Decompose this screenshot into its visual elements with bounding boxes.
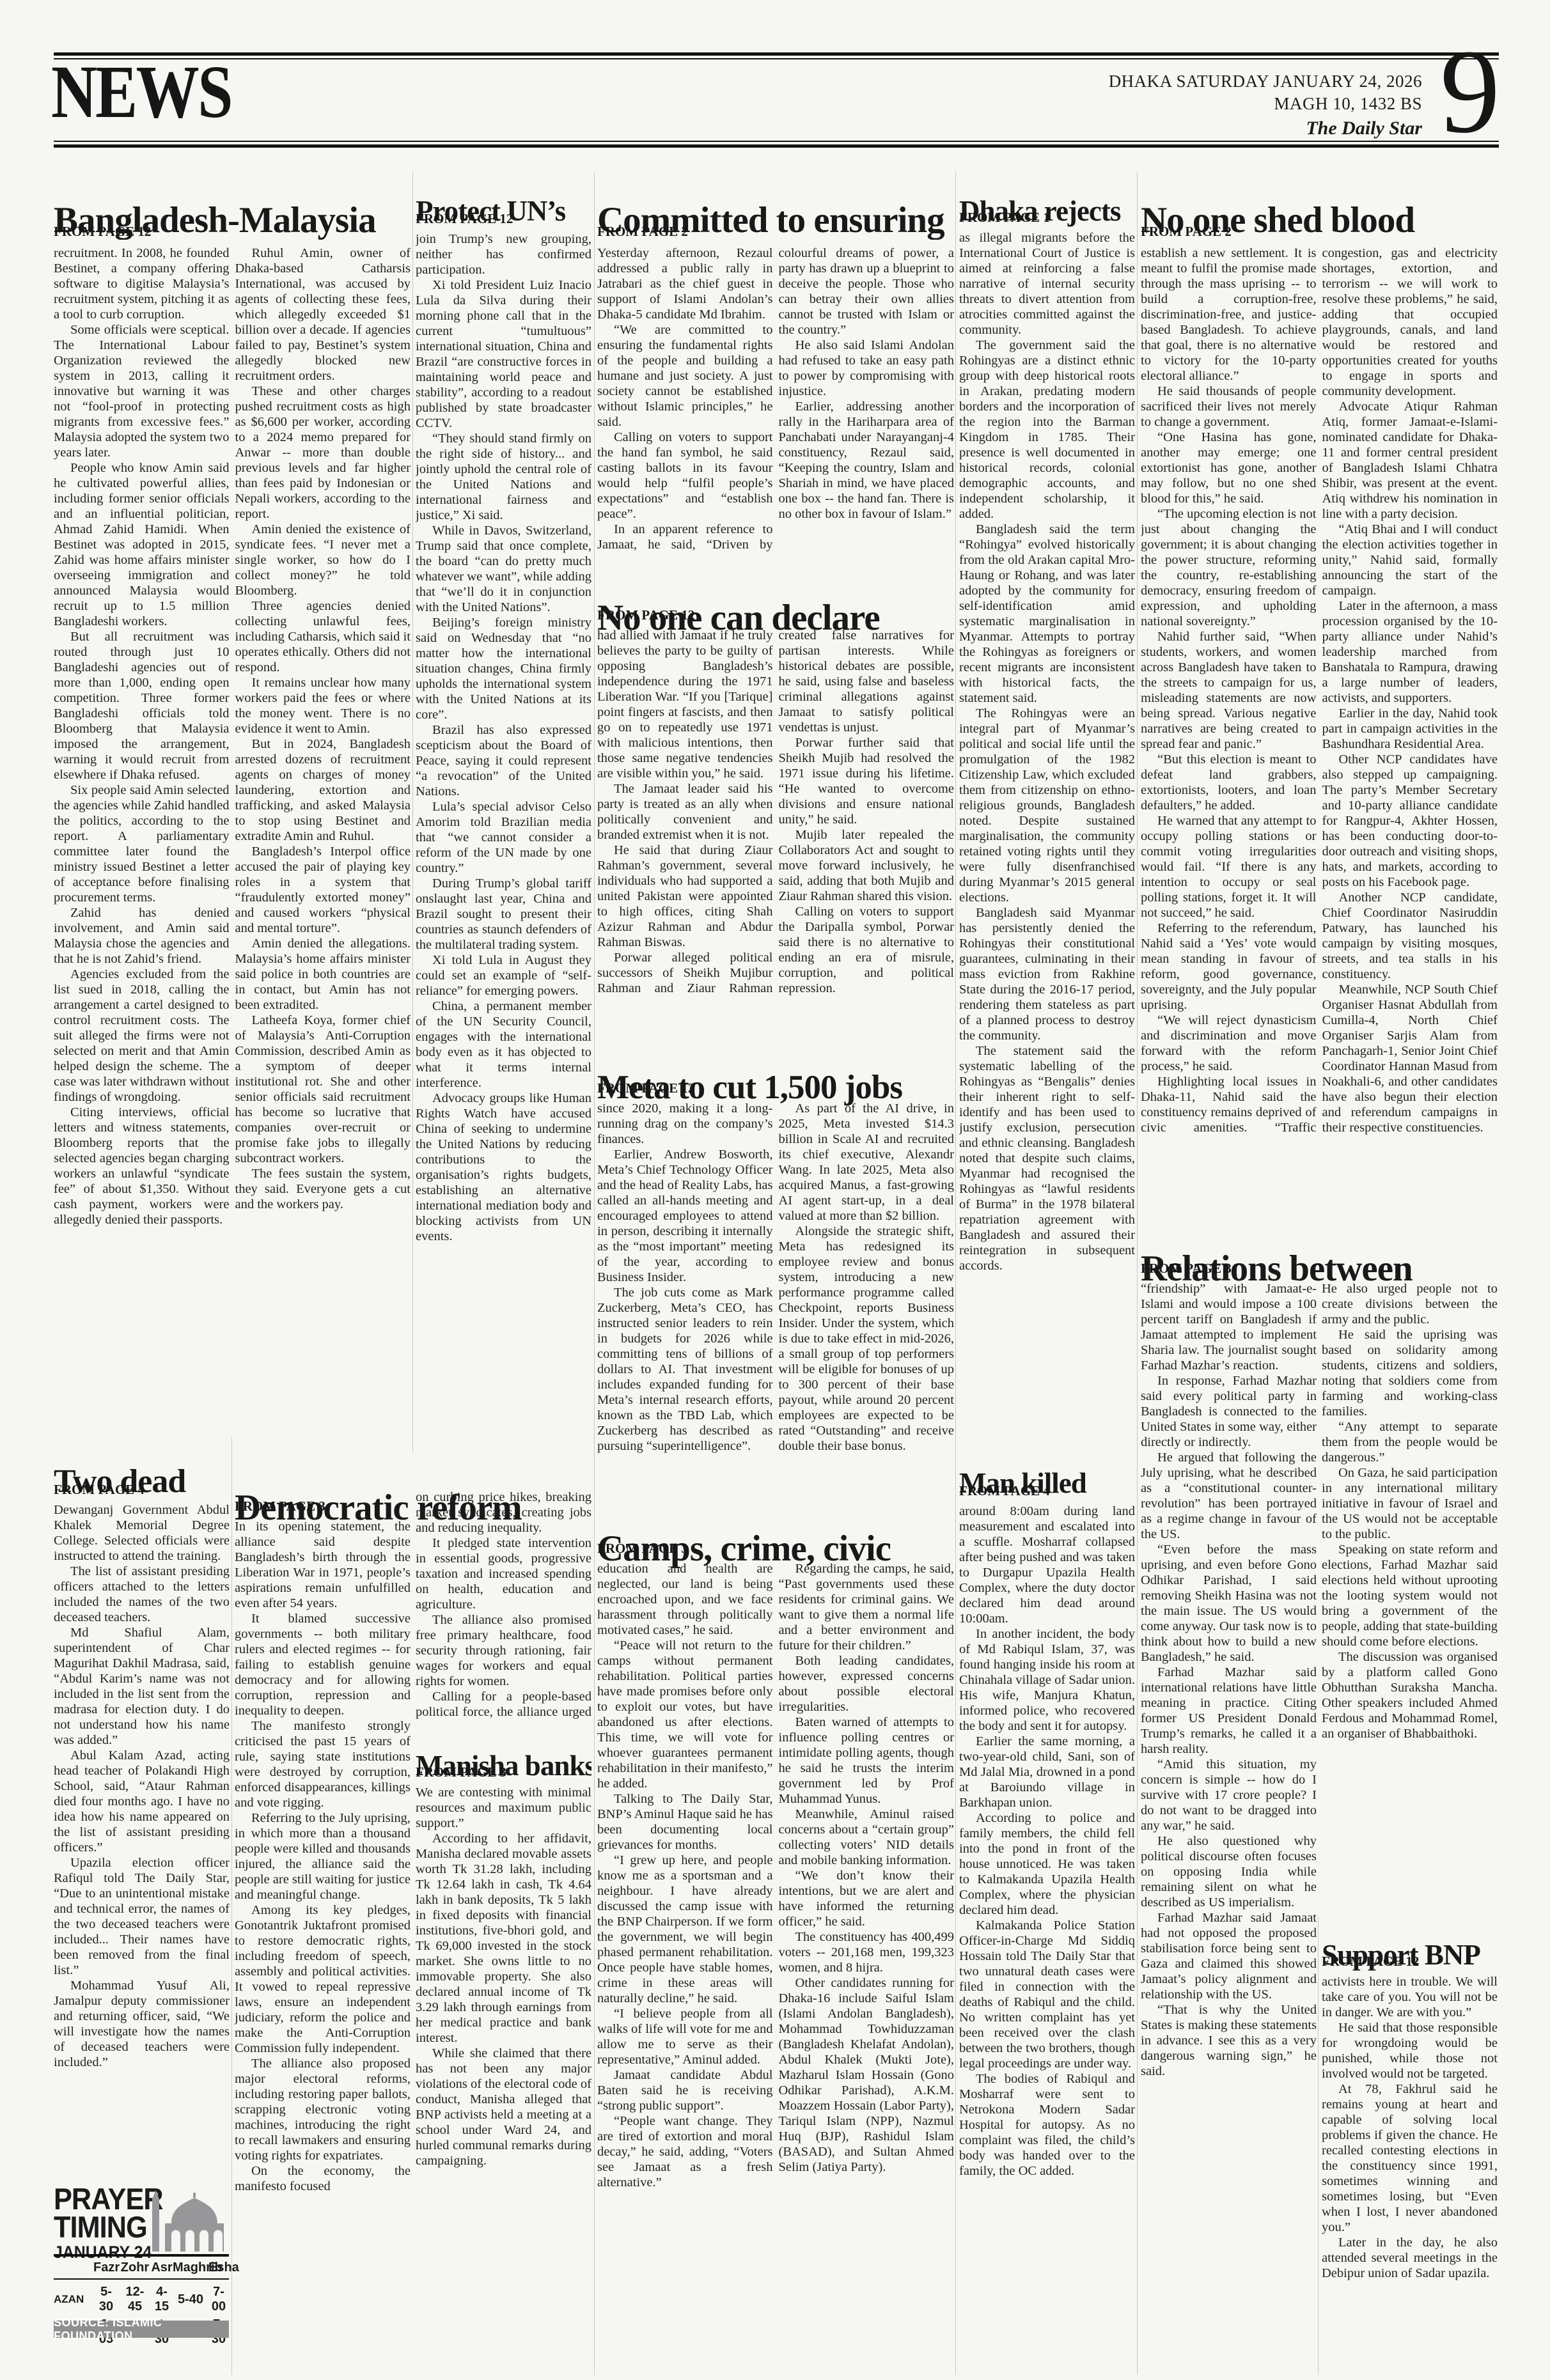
column-rule	[1318, 1917, 1319, 2375]
paragraph: education and health are neglected, our …	[597, 1561, 773, 1638]
paragraph: The government said the Rohingyas are a …	[959, 338, 1135, 522]
paragraph: Latheefa Koya, former chief of Malaysia’…	[235, 1013, 411, 1166]
prayer-col-asr: Asr	[151, 2260, 173, 2275]
azan-asr: 4-15	[151, 2285, 173, 2314]
prayer-col-esha: Esha	[208, 2260, 229, 2275]
continuation-line: FROM PAGE 4	[54, 1482, 145, 1498]
azan-fazr: 5-30	[93, 2285, 119, 2314]
article-body-man-killed: around 8:00am during land measurement an…	[959, 1504, 1135, 2375]
article-body-protect-uns: join Trump’s new grouping, neither has c…	[416, 231, 591, 1445]
paragraph: According to police and family members, …	[959, 1810, 1135, 1918]
paragraph: Beijing’s foreign ministry said on Wedne…	[416, 615, 591, 722]
article-body-committed: Yesterday afternoon, Rezaul addressed a …	[597, 245, 954, 564]
paragraph: During Trump’s global tariff onslaught l…	[416, 876, 591, 953]
paragraph: Ruhul Amin, owner of Dhaka-based Cathars…	[235, 245, 411, 384]
header-rule-thin-top	[54, 58, 1499, 59]
article-body-dhaka-rejects: as illegal migrants before the Internati…	[959, 230, 1135, 1440]
article-body-democratic-reform-right: on curbing price hikes, breaking market …	[416, 1489, 591, 1721]
paragraph: According to her affidavit, Manisha decl…	[416, 1831, 591, 2046]
paragraph: around 8:00am during land measurement an…	[959, 1504, 1135, 1626]
paragraph: Calling for a people-based political for…	[416, 1689, 591, 1721]
paragraph: Earlier, addressing another rally in the…	[779, 399, 955, 522]
paragraph: The job cuts come as Mark Zuckerberg, Me…	[597, 1285, 773, 1454]
paragraph: recruitment. In 2008, he founded Bestine…	[54, 245, 230, 322]
paragraph: Upazila election officer Rafiqul told Th…	[54, 1855, 230, 1978]
paragraph: At 78, Fakhrul said he remains young at …	[1322, 2081, 1498, 2235]
continuation-line: FROM PAGE 3	[416, 1764, 506, 1780]
paragraph: The alliance also proposed major elector…	[235, 2056, 411, 2163]
paragraph: Some officials were sceptical. The Inter…	[54, 322, 230, 460]
article-body-relations-between-right: He also urged people not to create divis…	[1322, 1281, 1498, 1913]
prayer-row-label-azan: AZAN	[54, 2293, 93, 2306]
azan-zohr: 12-45	[119, 2285, 151, 2314]
paragraph: Amin denied the allegations. Malaysia’s …	[235, 936, 411, 1013]
paragraph: While she claimed that there has not bee…	[416, 2046, 591, 2168]
paragraph: Other candidates running for Dhaka-16 in…	[779, 1975, 955, 2175]
paragraph: Baten warned of attempts to influence po…	[779, 1715, 955, 1807]
paragraph: “That is why the United States is making…	[1141, 2002, 1317, 2079]
paragraph: He warned that any attempt to occupy pol…	[1141, 813, 1317, 921]
paragraph: Calling on voters to support the Daripal…	[779, 904, 955, 996]
paragraph: The Jamaat leader said his party is trea…	[597, 781, 773, 843]
paragraph: In its opening statement, the alliance s…	[235, 1519, 411, 1611]
paragraph: “Any attempt to separate them from the p…	[1322, 1419, 1498, 1465]
paragraph: The alliance also promised free primary …	[416, 1612, 591, 1689]
paragraph: On the economy, the manifesto focused	[235, 2163, 411, 2194]
paragraph: Six people said Amin selected the agenci…	[54, 782, 230, 905]
paragraph: Xi told President Luiz Inacio Lula da Si…	[416, 277, 591, 431]
paragraph: Xi told Lula in August they could set an…	[416, 953, 591, 999]
prayer-col-maghrib: Maghrib	[173, 2260, 208, 2275]
paragraph: Agencies excluded from the list sued in …	[54, 967, 230, 1105]
paragraph: In another incident, the body of Md Rabi…	[959, 1626, 1135, 1734]
paragraph: Bangladesh said Myanmar has persistently…	[959, 905, 1135, 1043]
paragraph: “I believe people from all walks of life…	[597, 2006, 773, 2067]
paragraph: “I grew up here, and people know me as a…	[597, 1853, 773, 2006]
mosque-icon	[146, 2185, 228, 2252]
paragraph: Farhad Mazhar said international relatio…	[1141, 1665, 1317, 1757]
continuation-line: FROM PAGE 3	[235, 1498, 325, 1514]
paragraph: The bodies of Rabiqul and Mosharraf were…	[959, 2071, 1135, 2179]
paragraph: Meanwhile, NCP South Chief Organiser Has…	[1322, 982, 1498, 1135]
header-rule-thick-top	[54, 52, 1499, 56]
paragraph: establish a new settlement. It is meant …	[1141, 245, 1317, 384]
azan-esha: 7-00	[208, 2285, 229, 2314]
paragraph: Regarding the camps, he said, “Past gove…	[779, 1561, 955, 1653]
paragraph: Speaking on state reform and elections, …	[1322, 1542, 1498, 1649]
paragraph: He argued that following the July uprisi…	[1141, 1450, 1317, 1542]
paragraph: The discussion was organised by a platfo…	[1322, 1649, 1498, 1741]
continuation-line: FROM PAGE 12	[54, 224, 151, 240]
paragraph: Earlier in the day, Nahid took part in c…	[1322, 706, 1498, 752]
article-body-two-dead: Dewanganj Government Abdul Khalek Memori…	[54, 1502, 230, 2179]
paragraph: “Atiq Bhai and I will conduct the electi…	[1322, 522, 1498, 598]
paragraph: The Rohingyas were an integral part of M…	[959, 706, 1135, 905]
article-body-support-bnp: activists here in trouble. We will take …	[1322, 1974, 1498, 2375]
continuation-line: FROM PAGE 4	[959, 1483, 1050, 1499]
paragraph: “Peace will not return to the camps with…	[597, 1638, 773, 1791]
article-body-relations-between-left: “friendship” with Jamaat-e-Islami and wo…	[1141, 1281, 1317, 2375]
column-rule	[412, 171, 413, 1452]
paragraph: as illegal migrants before the Internati…	[959, 230, 1135, 338]
article-body-bangladesh-malaysia: recruitment. In 2008, he founded Bestine…	[54, 245, 411, 1426]
article-body-meta-jobs: since 2020, making it a long-running dra…	[597, 1101, 954, 1495]
paragraph: join Trump’s new grouping, neither has c…	[416, 231, 591, 277]
paragraph: Advocate Atiqur Rahman Atiq, former Jama…	[1322, 399, 1498, 522]
paragraph: activists here in trouble. We will take …	[1322, 1974, 1498, 2020]
continuation-line: FROM PAGE 12	[1322, 1954, 1419, 1970]
prayer-source-bar: SOURCE: ISLAMIC FOUNDATION	[54, 2321, 229, 2338]
paragraph: He said that those responsible for wrong…	[1322, 2020, 1498, 2081]
paragraph: It blamed successive governments -- both…	[235, 1611, 411, 1718]
paragraph: Another NCP candidate, Chief Coordinator…	[1322, 890, 1498, 982]
continuation-line: FROM PAGE 3	[597, 1541, 688, 1557]
paragraph: China, a permanent member of the UN Secu…	[416, 999, 591, 1091]
paragraph: “They should stand firmly on the right s…	[416, 431, 591, 523]
paragraph: He said that during Ziaur Rahman’s gover…	[597, 843, 773, 950]
article-body-no-one-can-declare: had allied with Jamaat if he truly belie…	[597, 628, 954, 1037]
paragraph: He also said Islami Andolan had refused …	[779, 338, 955, 399]
paragraph: While in Davos, Switzerland, Trump said …	[416, 523, 591, 615]
article-body-democratic-reform-left: In its opening statement, the alliance s…	[235, 1519, 411, 2375]
paragraph: The manifesto strongly criticised the pa…	[235, 1718, 411, 1810]
masthead: The Daily Star	[1109, 118, 1422, 139]
header-meta: DHAKA SATURDAY JANUARY 24, 2026 MAGH 10,…	[1109, 72, 1422, 139]
prayer-rule	[54, 2254, 229, 2257]
paragraph: on curbing price hikes, breaking market …	[416, 1489, 591, 1536]
paragraph: Yesterday afternoon, Rezaul addressed a …	[597, 245, 773, 322]
paragraph: Porwar further said that Sheikh Mujib ha…	[779, 735, 955, 827]
prayer-col-fazr: Fazr	[93, 2260, 119, 2275]
paragraph: Amin denied the existence of syndicate f…	[235, 522, 411, 598]
continuation-line: FROM PAGE 3	[1141, 1261, 1232, 1277]
paragraph: The list of assistant presiding officers…	[54, 1564, 230, 1625]
paragraph: He also questioned why political discour…	[1141, 1833, 1317, 1910]
paragraph: “Even before the mass uprising, and even…	[1141, 1542, 1317, 1665]
prayer-timing-box: PRAYER TIMING JANUARY 24 Fazr Zohr Asr M…	[54, 2185, 229, 2345]
paragraph: But all recruitment was routed through j…	[54, 629, 230, 782]
column-rule	[594, 171, 595, 2375]
paragraph: “friendship” with Jamaat-e-Islami and wo…	[1141, 1281, 1317, 1373]
continuation-line: FROM PAGE 12	[416, 211, 513, 227]
paragraph: “People want change. They are tired of e…	[597, 2113, 773, 2190]
paragraph: Talking to The Daily Star, BNP’s Aminul …	[597, 1791, 773, 1853]
paragraph: In response, Farhad Mazhar said every po…	[1141, 1373, 1317, 1450]
paragraph: Brazil has also expressed scepticism abo…	[416, 722, 591, 799]
continuation-line: FROM PAGE 1	[959, 210, 1050, 226]
paragraph: As part of the AI drive, in 2025, Meta i…	[779, 1101, 955, 1224]
paragraph: Abul Kalam Azad, acting head teacher of …	[54, 1748, 230, 1855]
article-body-no-one-shed-blood: establish a new settlement. It is meant …	[1141, 245, 1498, 1216]
paragraph: Md Shafiul Alam, superintendent of Char …	[54, 1625, 230, 1748]
paragraph: “We don’t know their intentions, but we …	[779, 1868, 955, 1929]
paragraph: Nahid further said, “When students, work…	[1141, 629, 1317, 752]
paragraph: Referring to the referendum, Nahid said …	[1141, 921, 1317, 1013]
article-body-camps-crime-civic: education and health are neglected, our …	[597, 1561, 954, 2375]
paragraph: Earlier, Andrew Bosworth, Meta’s Chief T…	[597, 1147, 773, 1285]
paragraph: Meanwhile, Aminul raised concerns about …	[779, 1807, 955, 1868]
continuation-line: FROM PAGE 2	[1141, 224, 1232, 240]
paragraph: Later in the afternoon, a mass processio…	[1322, 598, 1498, 706]
continuation-line: FROM PAGE 2	[597, 224, 688, 240]
paragraph: Mujib later repealed the Collaborators A…	[779, 827, 955, 904]
paragraph: had allied with Jamaat if he truly belie…	[597, 628, 773, 781]
prayer-col-zohr: Zohr	[119, 2260, 151, 2275]
paragraph: The fees sustain the system, they said. …	[235, 1166, 411, 1212]
header-rule-thick-bottom	[54, 144, 1499, 148]
paragraph: Zahid has denied involvement, and Amin s…	[54, 905, 230, 967]
paragraph: He said the uprising was based on solida…	[1322, 1327, 1498, 1419]
paragraph: He said thousands of people sacrificed t…	[1141, 384, 1317, 430]
paragraph: Advocacy groups like Human Rights Watch …	[416, 1091, 591, 1244]
paragraph: The constituency has 400,499 voters -- 2…	[779, 1929, 955, 1975]
paragraph: These and other charges pushed recruitme…	[235, 384, 411, 522]
calendar-line: MAGH 10, 1432 BS	[1109, 94, 1422, 114]
continuation-line: FROM PAGE 12	[597, 607, 694, 623]
column-rule	[231, 1437, 232, 2375]
paragraph: Dewanganj Government Abdul Khalek Memori…	[54, 1502, 230, 1564]
paragraph: “But this election is meant to defeat la…	[1141, 752, 1317, 813]
paragraph: Both leading candidates, however, expres…	[779, 1653, 955, 1715]
paragraph: Referring to the July uprising, in which…	[235, 1810, 411, 1902]
paragraph: Alongside the strategic shift, Meta has …	[779, 1224, 955, 1454]
paragraph: Lula’s special advisor Celso Amorim told…	[416, 799, 591, 876]
newspaper-page: NEWS DHAKA SATURDAY JANUARY 24, 2026 MAG…	[0, 0, 1550, 2380]
paragraph: “We are committed to ensuring the fundam…	[597, 322, 773, 430]
paragraph: The statement said the systematic labell…	[959, 1043, 1135, 1273]
paragraph: Bangladesh said the term “Rohingya” evol…	[959, 522, 1135, 706]
paragraph: “We will reject dynasticism and discrimi…	[1141, 1013, 1317, 1074]
paragraph: since 2020, making it a long-running dra…	[597, 1101, 773, 1147]
paragraph: On Gaza, he said participation in any in…	[1322, 1465, 1498, 1542]
paragraph: Earlier the same morning, a two-year-old…	[959, 1734, 1135, 1810]
paragraph: Kalmakanda Police Station Officer-in-Cha…	[959, 1918, 1135, 2071]
paragraph: Three agencies denied collecting unlawfu…	[235, 598, 411, 675]
header-rule-thin-bottom	[54, 141, 1499, 142]
paragraph: “The upcoming election is not just about…	[1141, 506, 1317, 629]
column-rule	[1137, 171, 1138, 2375]
section-title: NEWS	[51, 54, 231, 130]
paragraph: Bangladesh’s Interpol office accused the…	[235, 844, 411, 936]
paragraph: Jamaat candidate Abdul Baten said he is …	[597, 2067, 773, 2113]
article-body-manisha-banks: We are contesting with minimal resources…	[416, 1785, 591, 2375]
paragraph: Calling on voters to support the hand fa…	[597, 430, 773, 522]
paragraph: Citing interviews, official letters and …	[54, 1105, 230, 1227]
page-number: 9	[1440, 37, 1500, 146]
paragraph: “Amid this situation, my concern is simp…	[1141, 1757, 1317, 1833]
paragraph: Mohammad Yusuf Ali, Jamalpur deputy comm…	[54, 1978, 230, 2070]
paragraph: Later in the day, he also attended sever…	[1322, 2235, 1498, 2281]
paragraph: It pledged state intervention in essenti…	[416, 1536, 591, 1612]
paragraph: Other NCP candidates have also stepped u…	[1322, 752, 1498, 890]
date-line: DHAKA SATURDAY JANUARY 24, 2026	[1109, 72, 1422, 91]
paragraph: But in 2024, Bangladesh arrested dozens …	[235, 736, 411, 844]
continuation-line: FROM PAGE 12	[597, 1080, 694, 1096]
column-rule	[955, 171, 956, 2375]
paragraph: Farhad Mazhar said Jamaat had not oppose…	[1141, 1910, 1317, 2002]
paragraph: We are contesting with minimal resources…	[416, 1785, 591, 1831]
paragraph: He also urged people not to create divis…	[1322, 1281, 1498, 1327]
paragraph: It remains unclear how many workers paid…	[235, 675, 411, 736]
prayer-thin-rule	[54, 2278, 229, 2280]
paragraph: “One Hasina has gone, another may emerge…	[1141, 430, 1317, 506]
azan-maghrib: 5-40	[173, 2292, 208, 2307]
paragraph: People who know Amin said he cultivated …	[54, 460, 230, 629]
paragraph: Among its key pledges, Gonotantrik Jukta…	[235, 1902, 411, 2056]
